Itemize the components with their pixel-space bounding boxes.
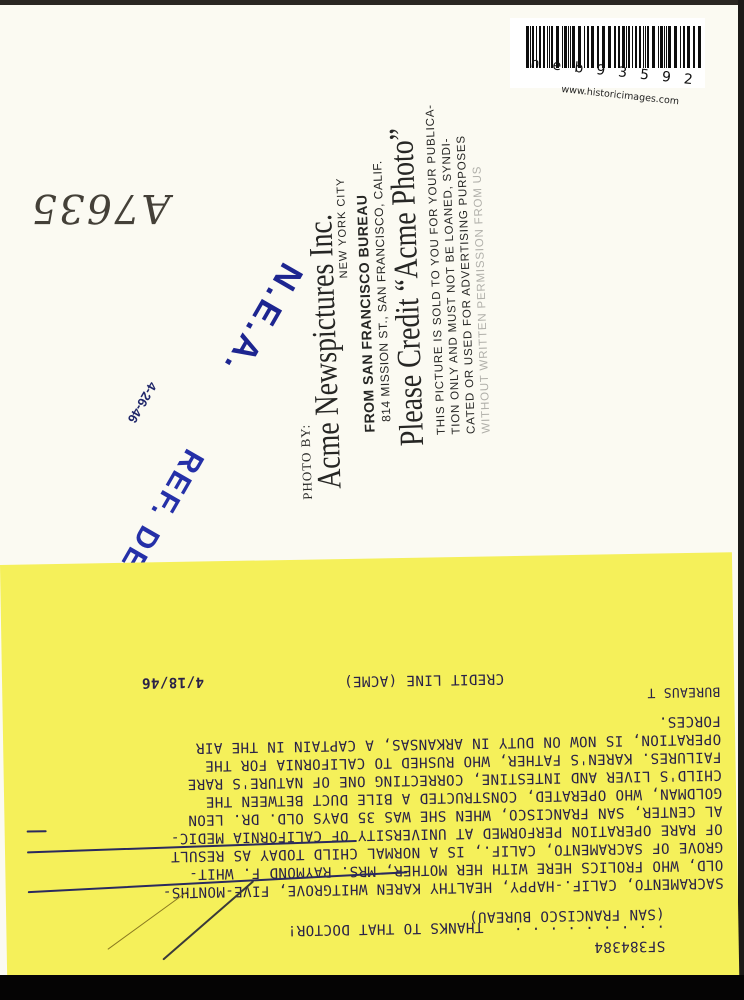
barcode-character: 3 bbox=[617, 64, 628, 81]
caption-serial: SF384384 bbox=[594, 937, 666, 954]
barcode-label: neb93592 www.historicimages.com bbox=[510, 18, 705, 88]
caption-dots: . . . . . . . . . bbox=[513, 921, 665, 940]
caption-headline: THANKS TO THAT DOCTOR! bbox=[287, 919, 483, 938]
handwritten-archive-number: A7635 bbox=[26, 185, 175, 231]
caption-credit-line: CREDIT LINE (ACME) bbox=[344, 670, 505, 689]
pen-underline bbox=[27, 830, 47, 832]
scan-bottom-edge bbox=[0, 975, 744, 1000]
barcode-character: 9 bbox=[661, 69, 672, 86]
barcode-character: b bbox=[574, 60, 585, 77]
stamp-date: 4-26-46 bbox=[125, 379, 160, 425]
barcode-character: 9 bbox=[595, 62, 606, 79]
acme-credit-stamp: PHOTO BY: Acme Newspictures Inc. NEW YOR… bbox=[285, 73, 500, 500]
pen-check-mark bbox=[107, 890, 188, 950]
caption-body-line: FORCES. bbox=[658, 712, 721, 729]
barcode-character: n bbox=[530, 55, 540, 72]
barcode-character: e bbox=[552, 57, 562, 74]
ref-dept-stamp: REF. DEPT. 4-26-46 N.E.A. bbox=[80, 280, 260, 520]
caption-text-block: SF384384 . . . . . . . . . (SAN FRANCISC… bbox=[0, 552, 739, 985]
scan-right-edge bbox=[738, 0, 744, 1000]
caption-date: 4/18/46 bbox=[142, 673, 205, 690]
caption-slip: SF384384 . . . . . . . . . (SAN FRANCISC… bbox=[0, 552, 739, 995]
caption-footer-bureaus: BUREAUS T bbox=[647, 683, 720, 699]
barcode-character: 2 bbox=[683, 71, 694, 88]
agency-city: NEW YORK CITY bbox=[335, 177, 351, 278]
barcode-character: 5 bbox=[639, 67, 650, 84]
caption-bureau-header: SF384384 . . . . . . . . . (SAN FRANCISC… bbox=[468, 889, 719, 973]
scan-top-edge bbox=[0, 0, 744, 5]
caption-bureau: (SAN FRANCISCO BUREAU) bbox=[469, 905, 665, 924]
